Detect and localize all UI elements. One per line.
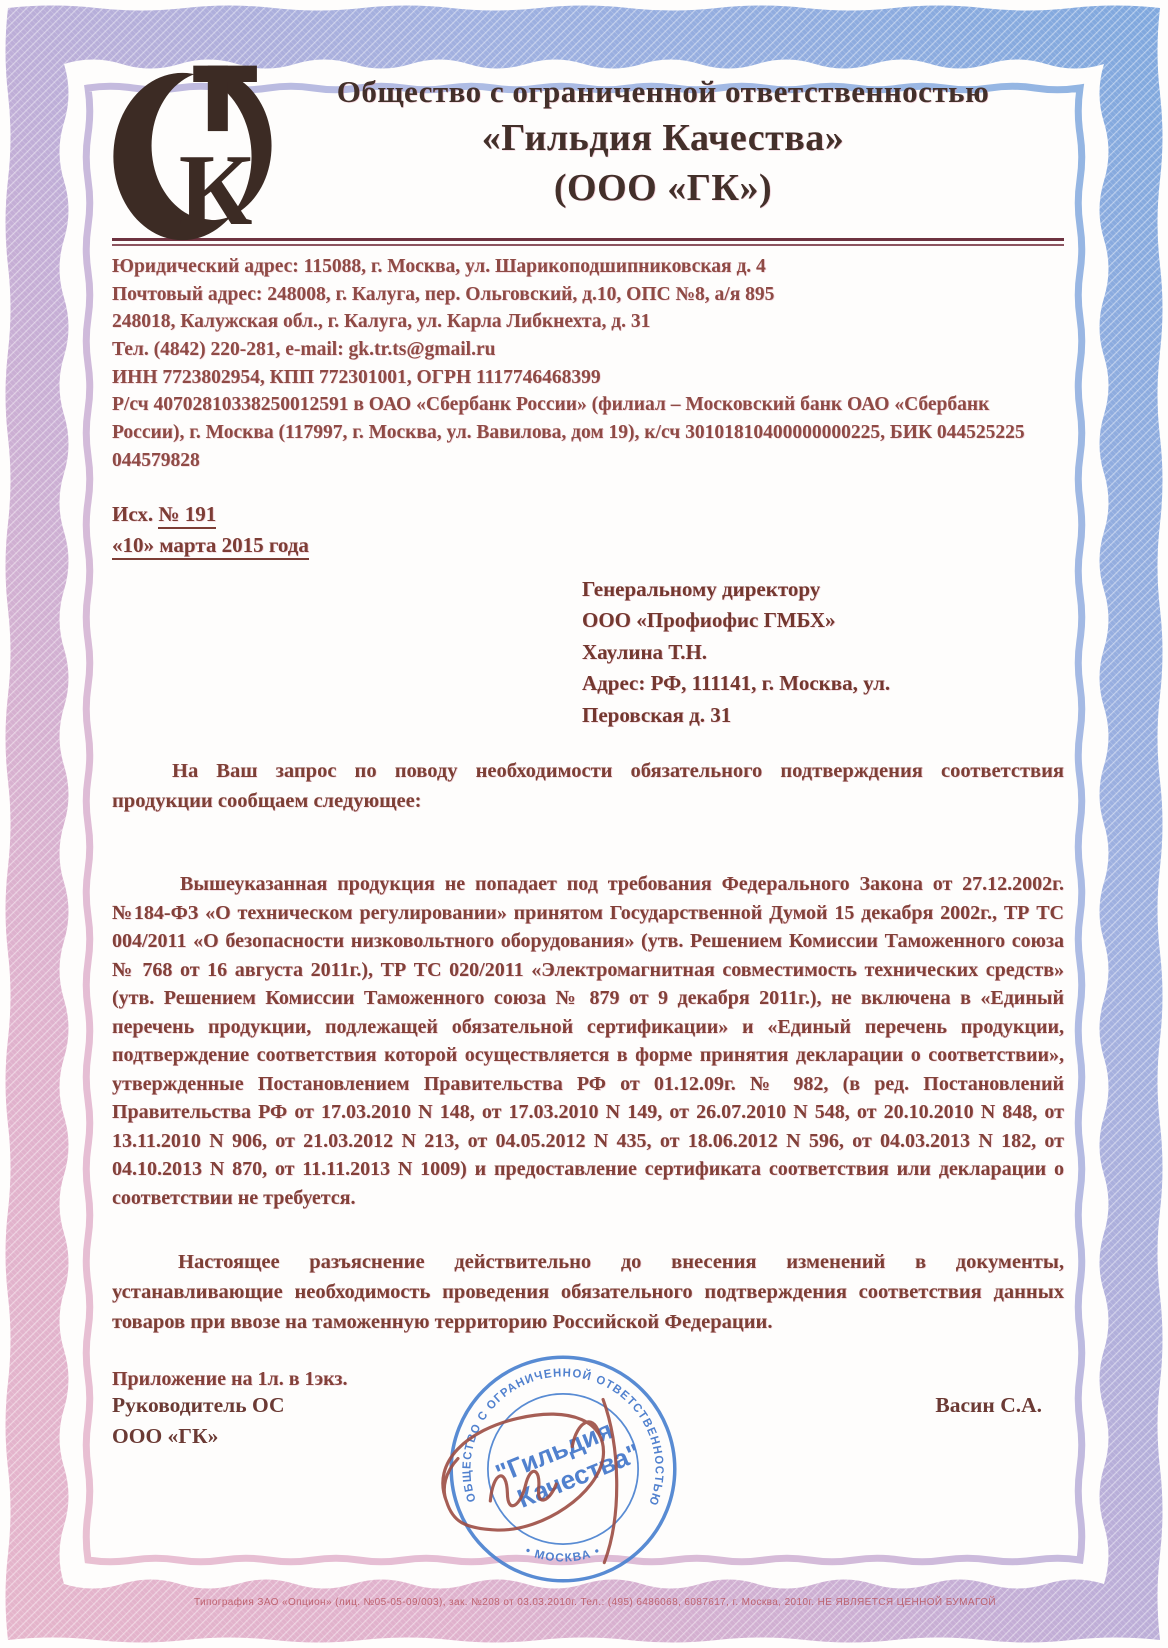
address-line: Р/сч 40702810338250012591 в ОАО «Сбербан… (112, 391, 1064, 474)
recipient-line: Хаулина Т.Н. (582, 637, 1064, 669)
print-shop-note: Типография ЗАО «Опцион» (лиц. №05-05-09/… (130, 1597, 1060, 1608)
signatory-name: Васин С.А. (935, 1390, 1042, 1452)
outgoing-ref: Исх. № 191 «10» марта 2015 года (112, 499, 1064, 562)
document-page: К Общество с ограниченной ответственност… (0, 0, 1168, 1648)
intro-paragraph: На Ваш запрос по поводу необходимости об… (112, 757, 1064, 816)
address-line: Тел. (4842) 220-281, e-mail: gk.tr.ts@gm… (112, 336, 1064, 364)
letterhead: К Общество с ограниченной ответственност… (112, 60, 1064, 228)
letter-date: «10» марта 2015 года (112, 533, 309, 560)
outgoing-number: № 191 (158, 502, 216, 529)
org-name-line-1: Общество с ограниченной ответственностью (262, 72, 1064, 113)
address-line: 248018, Калужская обл., г. Калуга, ул. К… (112, 308, 1064, 336)
body-paragraph: Вышеуказанная продукция не попадает под … (112, 870, 1064, 1212)
handwritten-signature (428, 1392, 666, 1590)
address-block: Юридический адрес: 115088, г. Москва, ул… (112, 253, 1064, 475)
outgoing-label: Исх. (112, 502, 153, 526)
recipient-line: Генеральному директору (582, 574, 1064, 606)
signatory-title: Руководитель ОС (112, 1390, 284, 1421)
recipient-line: ООО «Профиофис ГМБХ» (582, 605, 1064, 637)
address-line: ИНН 7723802954, КПП 772301001, ОГРН 1117… (112, 364, 1064, 392)
gk-monogram-logo: К (102, 62, 310, 262)
logo-letter: К (179, 134, 253, 247)
letter-content: К Общество с ограниченной ответственност… (112, 60, 1064, 1391)
address-line: Почтовый адрес: 248008, г. Калуга, пер. … (112, 281, 1064, 309)
validity-paragraph: Настоящее разъяснение действительно до в… (112, 1248, 1064, 1337)
org-name-line-3: (ООО «ГК») (262, 163, 1064, 213)
recipient-line: Адрес: РФ, 111141, г. Москва, ул. (582, 668, 1064, 700)
signatory-org: ООО «ГК» (112, 1421, 284, 1452)
recipient-line: Перовская д. 31 (582, 700, 1064, 732)
recipient-block: Генеральному директору ООО «Профиофис ГМ… (582, 574, 1064, 732)
org-name-line-2: «Гильдия Качества» (262, 113, 1064, 163)
